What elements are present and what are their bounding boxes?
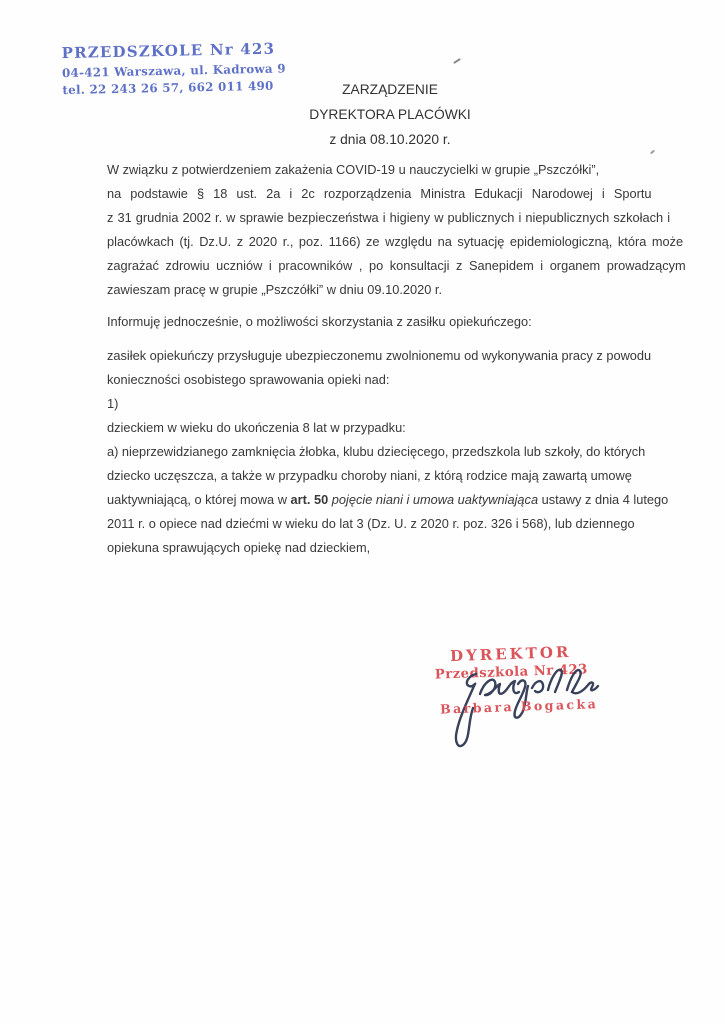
text-line: na podstawie § 18 ust. 2a i 2c rozporząd… xyxy=(107,182,663,206)
title-line-date: z dnia 08.10.2020 r. xyxy=(240,127,540,152)
text-line: placówkach (tj. Dz.U. z 2020 r., poz. 11… xyxy=(107,230,663,254)
list-item-number: 1) xyxy=(107,392,663,416)
title-line-director: DYREKTORA PLACÓWKI xyxy=(240,102,540,127)
scanned-document-page: PRZEDSZKOLE Nr 423 04-421 Warszawa, ul. … xyxy=(0,0,725,1024)
signature-stroke xyxy=(532,681,543,692)
text-line: zagrażać zdrowiu uczniów i pracowników ,… xyxy=(107,254,663,278)
text-line: dziecko uczęszcza, a także w przypadku c… xyxy=(107,464,663,488)
kindergarten-header-stamp: PRZEDSZKOLE Nr 423 04-421 Warszawa, ul. … xyxy=(61,40,262,97)
text-line: zawieszam pracę w grupie „Pszczółki” w d… xyxy=(107,278,663,302)
text-line: dzieckiem w wieku do ukończenia 8 lat w … xyxy=(107,416,663,440)
text-line: Informuję jednocześnie, o możliwości sko… xyxy=(107,310,663,334)
signature-stroke xyxy=(548,670,562,692)
text-segment: uaktywniającą, o której mowa w xyxy=(107,492,291,507)
scan-artifact-mark xyxy=(650,150,655,155)
document-body: W związku z potwierdzeniem zakażenia COV… xyxy=(107,158,663,560)
scan-artifact-mark xyxy=(453,58,461,64)
stamp-institution-name: PRZEDSZKOLE Nr 423 xyxy=(61,40,261,62)
text-line: opiekuna sprawujących opiekę nad dziecki… xyxy=(107,536,663,560)
text-line: konieczności osobistego sprawowania opie… xyxy=(107,368,663,392)
signature-stroke xyxy=(480,680,519,695)
text-segment-italic: pojęcie niani i umowa uaktywniająca xyxy=(328,492,538,507)
signature-stroke xyxy=(567,670,581,692)
text-line: a) nieprzewidzianego zamknięcia żłobka, … xyxy=(107,440,663,464)
text-segment-bold: art. 50 xyxy=(291,492,329,507)
text-line: uaktywniającą, o której mowa w art. 50 p… xyxy=(107,488,663,512)
title-line-order: ZARZĄDZENIE xyxy=(240,77,540,102)
text-line: 2011 r. o opiece nad dziećmi w wieku do … xyxy=(107,512,663,536)
document-title: ZARZĄDZENIE DYREKTORA PLACÓWKI z dnia 08… xyxy=(240,77,540,152)
stamp-address: 04-421 Warszawa, ul. Kadrowa 9 xyxy=(62,62,262,80)
text-line: W związku z potwierdzeniem zakażenia COV… xyxy=(107,158,663,182)
text-segment: ustawy z dnia 4 lutego xyxy=(538,492,668,507)
stamp-phone: tel. 22 243 26 57, 662 011 490 xyxy=(62,79,262,97)
text-line: z 31 grudnia 2002 r. w sprawie bezpiecze… xyxy=(107,206,663,230)
text-line: zasiłek opiekuńczy przysługuje ubezpiecz… xyxy=(107,344,663,368)
